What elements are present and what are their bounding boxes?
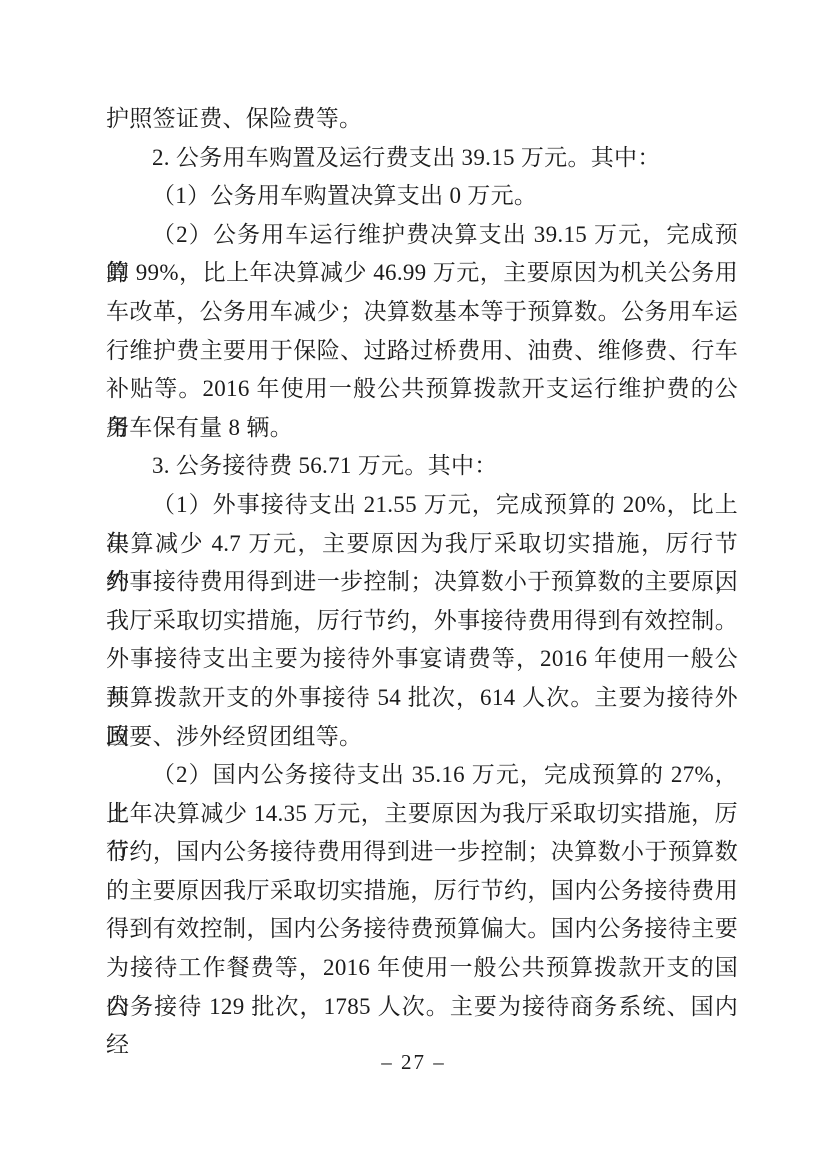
- text-line: 外事接待支出主要为接待外事宴请费等，2016 年使用一般公共: [106, 640, 738, 679]
- text-line: 2. 公务用车购置及运行费支出 39.15 万元。其中：: [106, 139, 738, 178]
- text-line: 用车保有量 8 辆。: [106, 409, 738, 448]
- document-body: 护照签证费、保险费等。2. 公务用车购置及运行费支出 39.15 万元。其中：（…: [106, 100, 738, 1026]
- text-line: 外事接待费用得到进一步控制；决算数小于预算数的主要原因: [106, 563, 738, 602]
- text-line: 我厅采取切实措施，厉行节约，外事接待费用得到有效控制。: [106, 602, 738, 641]
- text-line: （2）国内公务接待支出 35.16 万元，完成预算的 27%，比: [106, 756, 738, 795]
- document-page: 护照签证费、保险费等。2. 公务用车购置及运行费支出 39.15 万元。其中：（…: [0, 0, 827, 1169]
- text-line: 公务接待 129 批次，1785 人次。主要为接待商务系统、国内经: [106, 988, 738, 1027]
- text-line: （1）外事接待支出 21.55 万元，完成预算的 20%，比上年: [106, 486, 738, 525]
- text-line: 上年决算减少 14.35 万元，主要原因为我厅采取切实措施，厉行: [106, 795, 738, 834]
- text-line: （1）公务用车购置决算支出 0 万元。: [106, 177, 738, 216]
- text-line: 3. 公务接待费 56.71 万元。其中：: [106, 447, 738, 486]
- text-line: （2）公务用车运行维护费决算支出 39.15 万元，完成预算: [106, 216, 738, 255]
- text-line: 政要、涉外经贸团组等。: [106, 718, 738, 757]
- text-line: 预算拨款开支的外事接待 54 批次，614 人次。主要为接待外国: [106, 679, 738, 718]
- text-line: 行维护费主要用于保险、过路过桥费用、油费、维修费、行车: [106, 332, 738, 371]
- page-number: – 27 –: [0, 1050, 827, 1075]
- text-line: 节约，国内公务接待费用得到进一步控制；决算数小于预算数: [106, 833, 738, 872]
- text-line: 的 99%，比上年决算减少 46.99 万元，主要原因为机关公务用: [106, 254, 738, 293]
- text-line: 护照签证费、保险费等。: [106, 100, 738, 139]
- text-line: 得到有效控制，国内公务接待费预算偏大。国内公务接待主要: [106, 910, 738, 949]
- text-line: 为接待工作餐费等，2016 年使用一般公共预算拨款开支的国内: [106, 949, 738, 988]
- text-line: 决算减少 4.7 万元，主要原因为我厅采取切实措施，厉行节约，: [106, 525, 738, 564]
- text-line: 车改革，公务用车减少；决算数基本等于预算数。公务用车运: [106, 293, 738, 332]
- text-line: 的主要原因我厅采取切实措施，厉行节约，国内公务接待费用: [106, 872, 738, 911]
- text-line: 补贴等。2016 年使用一般公共预算拨款开支运行维护费的公务: [106, 370, 738, 409]
